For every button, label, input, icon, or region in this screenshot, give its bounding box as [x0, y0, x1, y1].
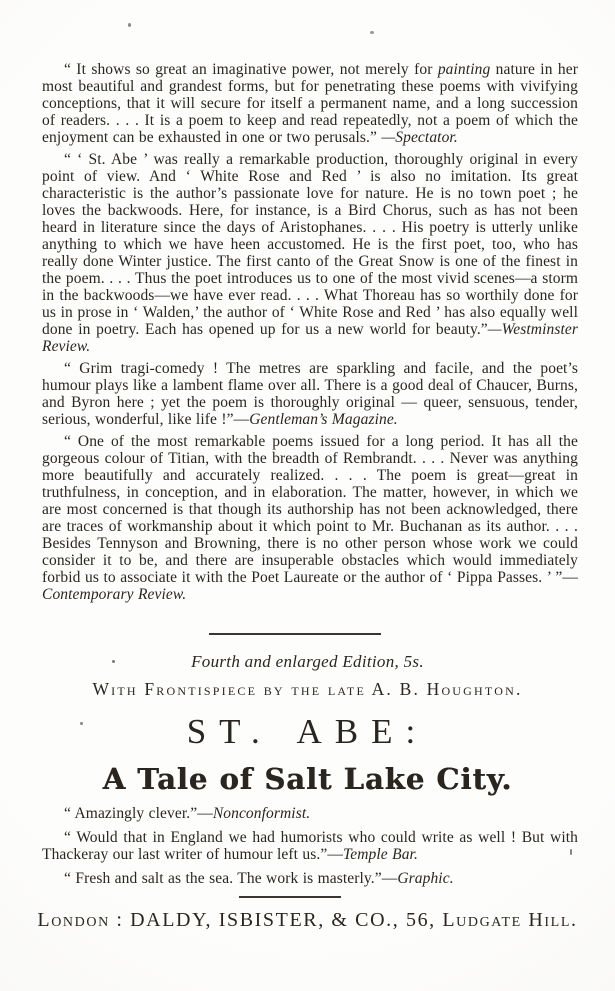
scan-speck — [112, 660, 115, 663]
review-paragraph-spectator: “ It shows so great an imaginative power… — [42, 61, 578, 146]
review-paragraph-contemporary-review: “ One of the most remarkable poems issue… — [42, 433, 578, 603]
book-advertisement-section: Fourth and enlarged Edition, 5s. With Fr… — [0, 626, 615, 932]
scan-speck — [80, 722, 83, 725]
book-title: ST. ABE: — [0, 712, 615, 752]
edition-line: Fourth and enlarged Edition, 5s. — [0, 652, 615, 672]
short-review-nonconformist: “ Amazingly clever.”—Nonconformist. — [42, 805, 578, 823]
publisher-imprint: London : DALDY, ISBISTER, & CO., 56, Lud… — [0, 908, 615, 932]
press-reviews-section: “ It shows so great an imaginative power… — [42, 61, 578, 608]
short-review-graphic: “ Fresh and salt as the sea. The work is… — [42, 870, 578, 888]
scan-speck — [370, 31, 374, 34]
scanned-book-page: “ It shows so great an imaginative power… — [0, 0, 615, 991]
divider-rule-top — [209, 633, 381, 635]
scan-speck — [128, 23, 131, 27]
scan-speck — [570, 849, 572, 855]
short-reviews-section: “ Amazingly clever.”—Nonconformist. “ Wo… — [42, 805, 578, 887]
divider-rule-bottom — [239, 896, 341, 898]
review-paragraph-gentlemans-magazine: “ Grim tragi-comedy ! The metres are spa… — [42, 360, 578, 428]
book-subtitle: A Tale of Salt Lake City. — [0, 761, 615, 797]
frontispiece-line: With Frontispiece by the late A. B. Houg… — [0, 679, 615, 699]
short-review-temple-bar: “ Would that in England we had humorists… — [42, 829, 578, 864]
review-paragraph-westminster-review: “ ‘ St. Abe ’ was really a remarkable pr… — [42, 151, 578, 355]
